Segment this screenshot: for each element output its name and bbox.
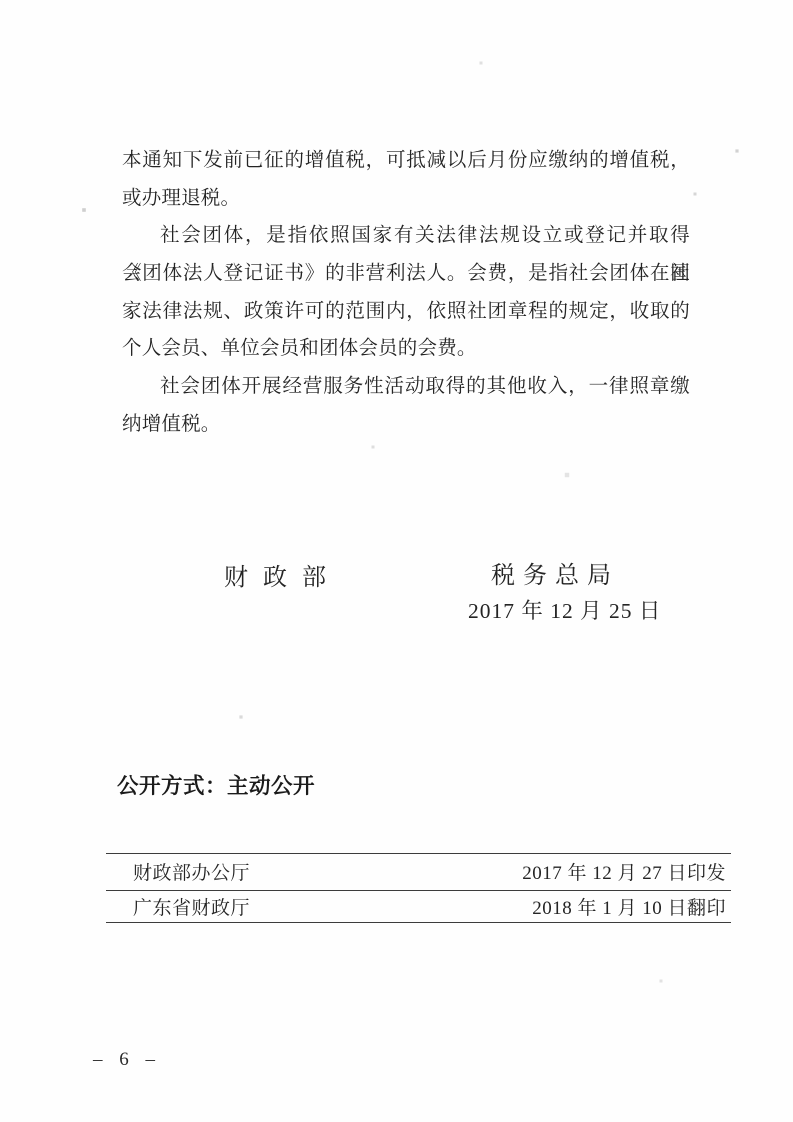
body-line: 社会团体，是指依照国家有关法律法规设立或登记并取得《社	[122, 217, 690, 255]
body-line: 会团体法人登记证书》的非营利法人。会费，是指社会团体在国	[122, 255, 690, 293]
table-row: 财政部办公厅 2017 年 12 月 27 日印发	[106, 854, 731, 890]
reprint-date: 2018 年 1 月 10 日翻印	[532, 893, 726, 920]
signature-taxation-administration: 税务总局	[491, 555, 619, 590]
issue-date: 2017 年 12 月 27 日印发	[522, 858, 726, 885]
body-line: 家法律法规、政策许可的范围内，依照社团章程的规定，收取的	[122, 293, 690, 331]
disclosure-method: 公开方式：主动公开	[117, 769, 315, 800]
body-line: 纳增值税。	[122, 406, 690, 444]
table-row: 广东省财政厅 2018 年 1 月 10 日翻印	[106, 890, 731, 923]
body-text-block: 本通知下发前已征的增值税，可抵减以后月份应缴纳的增值税， 或办理退税。 社会团体…	[122, 142, 690, 444]
page-number: – 6 –	[93, 1049, 161, 1071]
signature-ministry-of-finance: 财政部	[224, 557, 341, 592]
issuing-office-name: 财政部办公厅	[133, 858, 250, 885]
body-line: 个人会员、单位会员和团体会员的会费。	[122, 330, 690, 368]
signature-date: 2017 年 12 月 25 日	[468, 594, 661, 625]
body-line: 社会团体开展经营服务性活动取得的其他收入，一律照章缴	[122, 368, 690, 406]
reprint-office-name: 广东省财政厅	[133, 893, 250, 920]
scan-speckles	[0, 0, 2, 2]
footer-distribution-table: 财政部办公厅 2017 年 12 月 27 日印发 广东省财政厅 2018 年 …	[106, 853, 731, 923]
body-line: 本通知下发前已征的增值税，可抵减以后月份应缴纳的增值税，	[122, 142, 690, 180]
document-page: 本通知下发前已征的增值税，可抵减以后月份应缴纳的增值税， 或办理退税。 社会团体…	[0, 0, 793, 1122]
body-line: 或办理退税。	[122, 180, 690, 218]
